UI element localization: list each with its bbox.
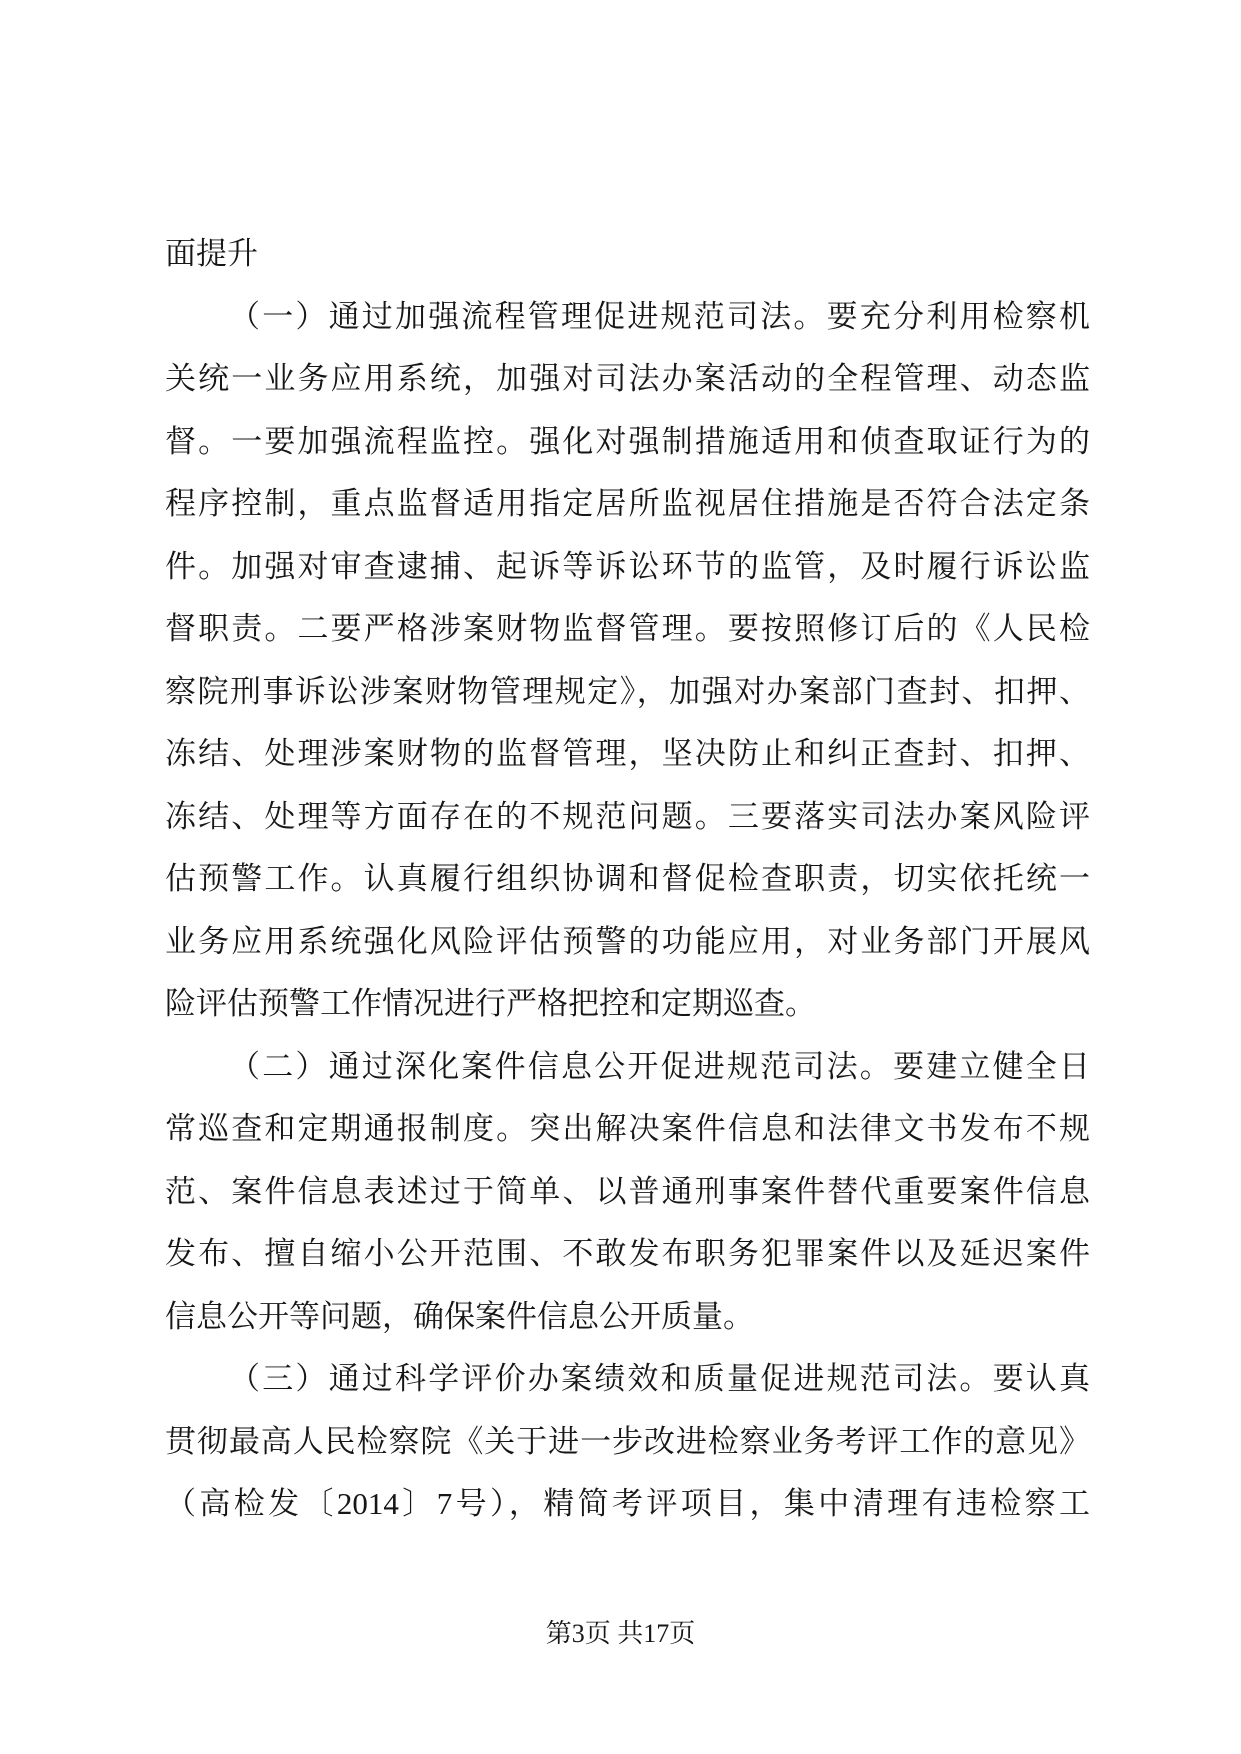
body-line: 业务应用系统强化风险评估预警的功能应用，对业务部门开展风 <box>165 911 1090 974</box>
body-line: （三）通过科学评价办案绩效和质量促进规范司法。要认真 <box>165 1348 1090 1411</box>
body-line: 险评估预警工作情况进行严格把控和定期巡查。 <box>165 973 1090 1036</box>
body-line: （一）通过加强流程管理促进规范司法。要充分利用检察机 <box>165 286 1090 349</box>
document-page: 面提升 （一）通过加强流程管理促进规范司法。要充分利用检察机 关统一业务应用系统… <box>0 0 1241 1754</box>
body-line: 关统一业务应用系统，加强对司法办案活动的全程管理、动态监 <box>165 348 1090 411</box>
body-line: 常巡查和定期通报制度。突出解决案件信息和法律文书发布不规 <box>165 1098 1090 1161</box>
body-line: 件。加强对审查逮捕、起诉等诉讼环节的监管，及时履行诉讼监 <box>165 536 1090 599</box>
body-line: 估预警工作。认真履行组织协调和督促检查职责，切实依托统一 <box>165 848 1090 911</box>
body-line: 贯彻最高人民检察院《关于进一步改进检察业务考评工作的意见》 <box>165 1411 1090 1474</box>
body-line: 范、案件信息表述过于简单、以普通刑事案件替代重要案件信息 <box>165 1161 1090 1224</box>
body-line: 发布、擅自缩小公开范围、不敢发布职务犯罪案件以及延迟案件 <box>165 1223 1090 1286</box>
body-line: 督职责。二要严格涉案财物监督管理。要按照修订后的《人民检 <box>165 598 1090 661</box>
body-line: 面提升 <box>165 223 1090 286</box>
body-line: 程序控制，重点监督适用指定居所监视居住措施是否符合法定条 <box>165 473 1090 536</box>
body-line: （高检发〔2014〕7号），精简考评项目，集中清理有违检察工 <box>165 1473 1090 1536</box>
body-line: 冻结、处理等方面存在的不规范问题。三要落实司法办案风险评 <box>165 786 1090 849</box>
page-number-footer: 第3页 共17页 <box>0 1616 1241 1652</box>
body-line: 察院刑事诉讼涉案财物管理规定》，加强对办案部门查封、扣押、 <box>165 661 1090 724</box>
body-line: 信息公开等问题，确保案件信息公开质量。 <box>165 1286 1090 1349</box>
body-line: 冻结、处理涉案财物的监督管理，坚决防止和纠正查封、扣押、 <box>165 723 1090 786</box>
body-line: 督。一要加强流程监控。强化对强制措施适用和侦查取证行为的 <box>165 411 1090 474</box>
body-line: （二）通过深化案件信息公开促进规范司法。要建立健全日 <box>165 1036 1090 1099</box>
document-body: 面提升 （一）通过加强流程管理促进规范司法。要充分利用检察机 关统一业务应用系统… <box>165 223 1090 1536</box>
